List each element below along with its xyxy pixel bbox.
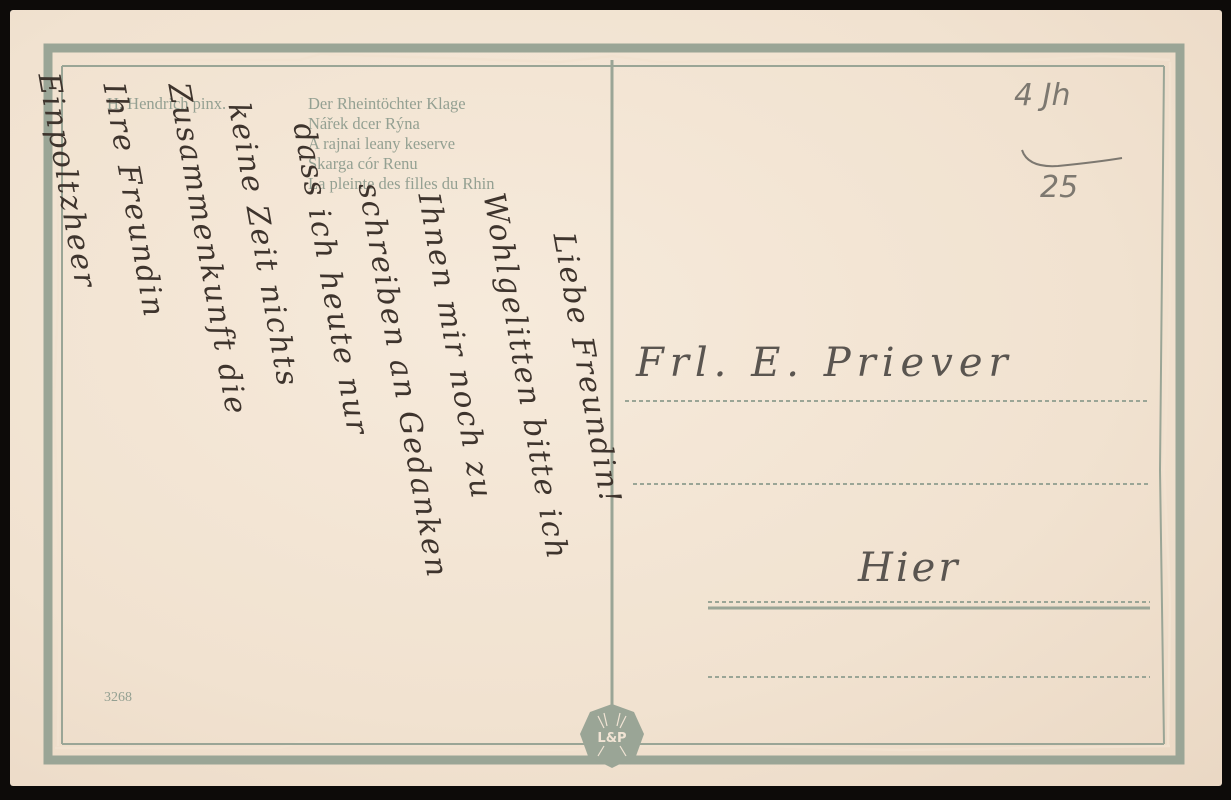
publisher-logo-icon: L&P [578, 702, 646, 770]
title-hungarian: A rajnai leany keserve [308, 134, 495, 154]
title-list: Der Rheintöchter Klage Nářek dcer Rýna A… [308, 94, 495, 194]
svg-text:L&P: L&P [597, 731, 626, 746]
recipient-location: Hier [858, 545, 960, 591]
pencil-note-top: 4 Jh [1014, 78, 1070, 113]
title-polish: Skarga cór Renu [308, 154, 495, 174]
pencil-note-bottom: 25 [1040, 170, 1078, 205]
title-german: Der Rheintöchter Klage [308, 94, 495, 114]
recipient-name: Frl. E. Priever [636, 340, 1014, 386]
title-french: La pleinte des filles du Rhin [308, 174, 495, 194]
title-czech: Nářek dcer Rýna [308, 114, 495, 134]
catalog-number: 3268 [104, 690, 132, 706]
